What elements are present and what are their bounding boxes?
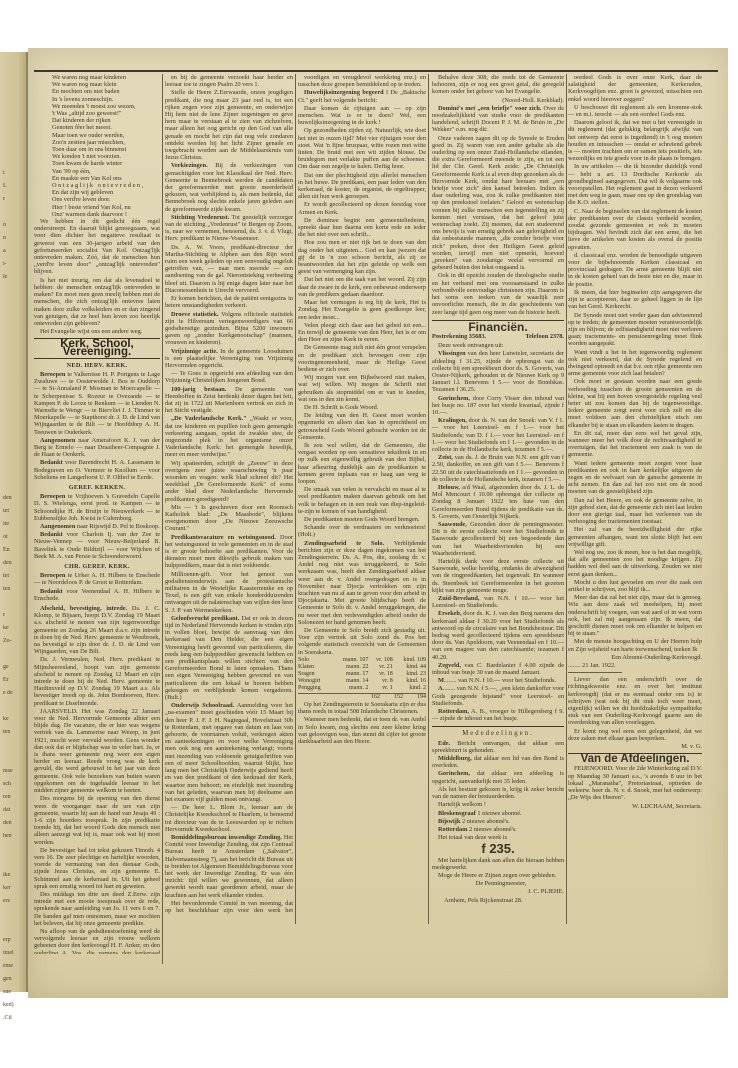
paragraph: De H. Schrift is Gods Woord. [298,404,426,411]
table-cell: kind. 44 [393,664,426,671]
paragraph: Er komen berichten, dat de patiënt eenig… [165,295,293,309]
adjacent-page-text: ked) [3,1002,23,1009]
paragraph: De Gemeente te Solo breidt zich gestadig… [298,627,426,656]
keyword: Bedankt [40,588,63,595]
keyword: Zeist, [438,454,453,461]
keyword: M [438,677,444,684]
announcement: Als het bestuur gekozen is, krijg ik zek… [432,786,564,800]
domines-article: Dominé's met „een briefje" voor zich. Ov… [432,105,564,316]
adjacent-page-text: ke [3,625,23,632]
subheading-ned-herv: NED. HERV. KERK. [34,362,160,369]
paragraph: Wij spatieerden, schrijft de „Zeeuw" in … [165,460,293,503]
adjacent-page-text: dat [3,807,23,814]
paragraph: Schande over de verdraaiers en verknoeie… [298,524,426,538]
table-cell: vr. 21 [368,664,392,671]
adjacent-page-text: ot [3,534,23,541]
paragraph: C. Naar de beginselen van dat reglement … [568,208,702,251]
paragraph: Ds. J. Vermeulen, Ned. Herv. predikant t… [34,656,160,706]
adjacent-page-text: eme [3,963,23,970]
keyword: Predikantsvacature en wetsingsnood. [171,534,276,541]
paragraph: Na afloop van de godsdienstoefening werd… [34,928,160,954]
donation-entry: A........ van N.N. f 5.—, „een klein dan… [432,685,564,707]
keyword: Ede. [438,740,450,747]
column-rule [428,74,429,924]
poem-line: We konden 't niet voorzien. [52,153,160,160]
column-4: Behalve deze 308, die reeds tot de Gemee… [432,74,564,904]
postrekening: Postrekening 35683. [432,333,486,340]
table-cell: mann. 2 [331,685,368,692]
paragraph: Ook moet er gestaan worden naar een goed… [568,378,702,428]
paragraph: We hebben in dit gedicht één regel onder… [34,218,160,276]
paragraph: In uw artikelen — die ik bizonder duidel… [568,163,702,206]
paragraph: Daar komen de rijtuigen aan — op zijn me… [298,105,426,127]
keyword: Beroepen [40,371,65,378]
announcement: Hartelijk welkom ! [432,801,564,808]
keyword: Middelburg, [438,755,472,762]
poem-line: En maakte een Van Kol ons [52,175,160,182]
table-row: Solomann. 107vr. 108kind. 109 [298,657,426,664]
afdeelingen-text: FEIJENOORD. Voor de 2de Winterlezing zal… [568,765,702,801]
total-value: 152 [394,694,403,701]
donation-entry: M........ van N.N. f 10.— voor het Studi… [432,677,564,684]
treasurer-address: Arnhem, Pels Rijckenstraat 28. [432,897,564,904]
paragraph: d. classicaal enz. worden de benoodigde … [568,252,702,288]
keyword: Saawoude, [438,521,467,528]
church-appointment: Beroepen te Vrijhoeven 's Gravedeln Cape… [34,493,160,522]
donation-entry: Zuid-Beveland, van N.N. f 10.— voor het … [432,595,564,609]
church-news: en bij de gemeente verzoekt haar herder … [165,74,293,914]
announcement: Bijswijk 2 nieuwe abonné's. [432,818,564,825]
announcement: Middelburg, dat aldaar een lid van den B… [432,755,564,769]
donation-entry: Ersekeb, door ds. K. J. van den Berg nam… [432,610,564,660]
paragraph: En dit zal, meer dan eens wel het geval … [568,430,702,459]
editor-note: Liever dan een onderschrift over de rich… [568,676,702,742]
table-cell: vr. 1 [368,685,392,692]
poem-line: Genoten fêer het meest. [52,124,160,131]
adjacent-page-text: n [3,235,23,242]
paragraph: Met hartelijken dank aan allen die hiera… [432,857,564,871]
paragraph: Daarom geloof ik, dat we met u het veree… [568,119,702,162]
keyword: Bedankt [40,459,63,466]
paragraph: — De heer L. Blom Jr., leeraar aan de Ch… [165,804,293,833]
adjacent-page-text: sch [3,781,23,788]
keyword: Bijswijk [438,818,460,825]
poem-line: Onz' warmen dank daarvoor ! [52,211,160,218]
paragraph: Wanneer men bedenkt, dat er toen dr. van… [298,716,426,745]
column-1: We waren nog maar kinderenWe waren nog m… [34,74,160,954]
keyword: „De Vaderlandsche Kerk." [171,415,247,422]
paragraph: Het zal van de bereidwilligheid der rijk… [568,526,702,548]
intro-article: We hebben in dit gedicht één regel onder… [34,218,160,335]
source-signature: (Noord-Holl. Kerkblad). [432,97,564,104]
adjacent-page-text: r [3,612,23,619]
table-cell: kind. 109 [393,657,426,664]
table-row: Klatenmann. 22vr. 21kind. 44 [298,664,426,671]
adjacent-page-text: i- [3,261,23,268]
adjacent-page-text: ite [3,521,23,528]
paragraph: Dat het niet om die taak van het woord. … [298,276,426,298]
paragraph: Ds. A. W. Voors, predikant-directeur der… [165,244,293,294]
poem-line: Toen daar om in ons binnenst [52,146,160,153]
paragraph: Stichting Vredenrust. Tot geestelijk ver… [165,214,293,243]
keyword: Beroepen [40,493,65,500]
paragraph: en bij de gemeente verzoekt haar herder … [165,74,293,88]
poem-line: En dat zijn wij gebleven [52,189,160,196]
paragraph: Er komt nog wel eens een gelegenheid, da… [568,728,702,742]
keyword: Beroepen [40,572,65,579]
poem-line: Ons verd're leven door. [52,196,160,203]
adjacent-page-text: ike [3,872,23,879]
poem-line: Van '90 op één, [52,168,160,175]
column-rule [566,74,567,924]
paragraph: Dominé's met „een briefje" voor zich. Ov… [432,105,564,134]
adjacent-page-text: e de [3,690,23,697]
keyword: Bemiddelingsbureau inwendige Zending. [171,834,282,841]
adjacent-page-text: den [3,560,23,567]
paragraph: Meer dan dat zal het niet zijn, maar dat… [568,594,702,637]
table-row: Wonogirimann. 14vr. 8kind. 16 [298,678,426,685]
church-appointment: Bedankt voor Charlois Ij. van der Zee te… [34,531,160,560]
adjacent-page-text: le [3,274,23,281]
afscheid-articles: Afscheid, bevestiging, intrede. Ds. J. C… [34,605,160,954]
adjacent-page-text: tet [3,508,23,515]
paragraph: Want vindt u het in het tegenwoordig reg… [568,349,702,378]
paragraph: De Gemeente mag zich niet één groot vers… [298,344,426,373]
keyword: Rotterdam, [438,708,469,715]
paragraph: Des morgens bij de opening van den diens… [34,795,160,845]
financien-intro: Deze week ontvangen uit: [432,342,564,349]
announcement: Gorinchem, dat aldaar een afdeeling is o… [432,770,564,784]
paragraph: Op het Zendingsterrein te Soerakarta zij… [298,701,426,715]
keyword: Huwelijksinzegening begeerd ! [304,89,388,96]
paragraph: Met de meeste hoogachting en U der Heere… [568,638,702,652]
table-cell: Wonogiri [298,678,331,685]
afdeelingen-signature: W. LIJCHAAM, Secretaris. [568,803,702,810]
donation-entry: Kralingen, door ds. N. van der Snoek: va… [432,417,564,453]
paragraph: Onze vaderen zagen dit op de Synode te E… [432,135,564,272]
table-row: Sragenmann. 17vr. 18kind. 23 [298,671,426,678]
divider [568,672,622,673]
paragraph: Afscheid, bevestiging, intrede. Ds. J. C… [34,605,160,655]
paragraph: Millioenen-gift. Voor het genoot van god… [165,571,293,614]
keyword: Bedankt [40,531,63,538]
table-cell: vr. 8 [368,678,392,685]
paragraph: Bemiddelingsbureau inwendige Zending. He… [165,834,293,899]
paragraph: Velen pleegt zich daar aan het gebed tot… [298,322,426,344]
keyword: Aangenomen [40,437,75,444]
treasurer-name: J. C. PLIEHE. [432,888,564,895]
adjacent-page-text: ren [3,794,23,801]
keyword: Stichting Vredenrust. [171,214,229,221]
keyword: Kralingen, [438,417,467,424]
adjacent-page-text: ker [3,885,23,892]
subheading-geref: GEREF. KERKEN. [34,484,160,491]
paragraph: JAARSVELD. Het was Zondag 22 Januari voo… [34,708,160,794]
paragraph: Mis — 't Is geschreven door een Roomsch … [165,504,293,533]
mission-conclusion: Op het Zendingsterrein te Soerakarta zij… [298,701,426,745]
paragraph: Er wordt gecollecteerd op dezen feestdag… [298,201,426,215]
poem-line: Zoo'n zestien jaar misschien, [52,139,160,146]
table-cell: mann. 14 [331,678,368,685]
paragraph: Moge de Heere er Zijnen zegen over gebie… [432,872,564,879]
column-2: en bij de gemeente verzoekt haar herder … [165,74,293,914]
poem-line: In 's levens zonneschijn. [52,96,160,103]
table-cell: Pengging [298,685,331,692]
paragraph: De predikanten moeten Gods Woord brengen… [298,516,426,523]
keyword: Dominé's met „een briefje" voor zich. [438,105,541,112]
paragraph: Verkiezingen. Bij de verkiezingen van ge… [165,162,293,212]
announcement: Ede. Bericht ontvangen, dat aldaar een s… [432,740,564,754]
keyword: Zegveld, [438,662,461,669]
ned-herv-list: Beroepen te Valkenisse H. P. Portgens te… [34,371,160,481]
financien-list: Vlissingen van den heer Lutwieler, secre… [432,350,564,722]
table-cell: kind. 16 [393,678,426,685]
adjacent-page-text: Er [3,677,23,684]
paragraph: Maar het vermogen is erg bij de kerk, He… [298,299,426,321]
mission-summary: Behalve deze 308, die reeds tot de Gemee… [432,74,564,96]
church-appointment: Beroepen te Valkenisse H. P. Portgens te… [34,371,160,436]
table-cell: kind. 23 [393,671,426,678]
adjacent-page-text: hen [3,833,23,840]
adjacent-page-text: En [3,547,23,554]
adjacent-page-text: Zo- [3,638,23,645]
keyword: Gorinchem, [438,770,470,777]
keyword: Afscheid, bevestiging, intrede. [40,605,127,612]
adjacent-page-text: .Cil [3,1015,23,1022]
paragraph: Is het niet treurig, om dat als levensdo… [34,277,160,327]
adjacent-page-text: imel [3,950,23,957]
financien-meta: Postrekening 35683. Telefoon 2378. [432,333,564,340]
letter-date: ........ 21 Jan. 1922. [568,662,702,669]
paragraph: 100-jarig bestaan. De gemeente van Heenh… [165,386,293,415]
adjacent-page-text: gen [3,976,23,983]
poem-line: En mochten om niet baden [52,88,160,95]
chr-geref-list: Beroepen te Urker A. H. Hilbers te Ensch… [34,572,160,602]
adjacent-page-text: tet [3,573,23,580]
letter-signature: Een Abonné-Ouderling-Kerkvoogd. [568,654,702,661]
editor-signature: M. v. G. [568,743,702,750]
paragraph: Het bevorderende Comité in van meening, … [165,900,293,914]
adjacent-page-text: erp [3,937,23,944]
paragraph: Wel nog uw, zoo ik meen, hoe is het dan … [568,549,702,578]
paragraph: Dan zal het Heere, en ook de gemeente ze… [568,497,702,526]
treasurer-title: De Penningmeester, [432,880,564,887]
paragraph: Behalve deze 308, die reeds tot de Gemee… [432,74,564,96]
adjacent-page-edge: tLrnnai-ledentetiteotEndentettenrkeZo-ge… [0,52,28,992]
paragraph: Geloofsvrucht predikant. Dat er ook in d… [165,615,293,701]
church-appointment: Aangenomen naar Rijswijd D. Pel te Bosko… [34,523,160,530]
poem-line: Ontzaglijk ontevreden, [52,182,160,189]
adjacent-page-text: den [3,820,23,827]
table-cell: mann. 107 [331,657,368,664]
table-row: Penggingmann. 2vr. 1kind. 2 [298,685,426,692]
closing-text: Met hartelijken dank aan allen die hiera… [432,857,564,880]
adjacent-page-text: n [3,222,23,229]
table-cell: Sragen [298,671,331,678]
adjacent-page-text: ke [3,716,23,723]
paragraph: De smaak van velen is vervalscht en maar… [298,486,426,515]
paragraph: Huwelijksinzegening begeerd ! De „Baktsc… [298,89,426,103]
paragraph: oordeel Gods is over onze Kerk, daar de … [568,74,702,103]
column-3: voordigen en vreugdevol werkkring enz.) … [298,74,426,914]
adjacent-page-text: ers [3,898,23,905]
table-cell: mann. 22 [331,664,368,671]
mededeelingen-list: Ede. Bericht ontvangen, dat aldaar een s… [432,740,564,842]
mission-statistics-table: Solomann. 107vr. 108kind. 109Klatenmann.… [298,657,426,692]
section-title-kerk-school: Kerk, School, Vereeniging. [34,338,160,358]
paragraph: voordigen en vreugdevol werkkring enz.) … [298,74,426,88]
table-cell: mann. 17 [331,671,368,678]
total-value: 162 [371,694,380,701]
church-appointment: Aangenomen naar Amerafoort K. J. van der… [34,437,160,459]
keyword: A [438,685,443,692]
paragraph: Droeve statistiek. Volgens officieele st… [165,311,293,347]
table-cell: vr. 108 [368,657,392,664]
paragraph: Want iedere gemeente moet zorgen voor ha… [568,460,702,496]
church-appointment: Bedankt voor Barendrecht H. A. Lassmann … [34,459,160,481]
table-cell: Solo [298,657,331,664]
paragraph: Vrijzinnige actie. In de gemeente Loosdu… [165,348,293,370]
paragraph: Liever dan een onderschrift over de rich… [568,676,702,726]
church-news-continued: voordigen en vreugdevol werkkring enz.) … [298,74,426,656]
statistics-totals: 162152194 [298,693,426,701]
paragraph: De Synode moet niet verder gaan dan advi… [568,312,702,348]
paragraph: Ik meen, dat hier beginselen zijn aangeg… [568,289,702,311]
paragraph: Op gezondheden zijden zij. Natuurlijk, w… [298,127,426,170]
donation-entry: Gorinchem, door Corry Visser den inhoud … [432,395,564,417]
poem-line: Maar toen we ouder werden, [52,132,160,139]
keyword: Zuid-Beveland, [438,595,479,602]
paragraph: De dominee begint een gemeenteliederen, … [298,217,426,239]
keyword: Verkiezingen. [171,162,208,169]
column-rule [295,74,296,924]
adjacent-page-text: L [3,183,23,190]
adjacent-page-text: a [3,248,23,255]
poem-line: Hier ! beste vriend Van Kol, nu [52,204,160,211]
keyword: Geloofsvrucht predikant. [171,615,239,622]
header-rule [34,70,718,72]
newspaper-page: We waren nog maar kinderenWe waren nog m… [28,48,728,998]
adjacent-page-text: r [3,196,23,203]
mededeelingen-title: Mededeelingen. [432,726,564,737]
paragraph: Stelle de Heere Z.Eerwaarde, onzen jeugd… [165,89,293,161]
keyword: Droeve statistiek. [171,311,219,318]
adjacent-page-text: ten [3,729,23,736]
poem-line: We waren nog maar klein [52,81,160,88]
paragraph: Hoe zou men er niet rijk het te doen van… [298,239,426,275]
keyword: Aangenomen [40,523,75,530]
keyword: Helouw, [438,484,460,491]
table-cell: vr. 18 [368,671,392,678]
keyword: Zendingsarbeid te Solo. [304,540,384,547]
column-rule [162,74,163,964]
column-5: oordeel Gods is over onze Kerk, daar de … [568,74,702,934]
adjacent-page-text: mse [3,768,23,775]
poem-line: Toen kwam de harde winter [52,160,160,167]
paragraph: „De Vaderlandsche Kerk." „Waakt er voor,… [165,415,293,458]
keyword: Rotterdam [438,826,467,833]
paragraph: De bevestiger had tot tekst gekozen Timo… [34,847,160,890]
adjacent-page-text: ten [3,586,23,593]
table-cell: kind. 2 [393,685,426,692]
keyword: Vlissingen [438,350,466,357]
telefoon: Telefoon 2378. [525,333,564,340]
paragraph: U beschouwt dit reglement als een kromme… [568,104,702,118]
announcement: Bleskensgraaf 1 nieuwe abonné. [432,810,564,817]
paragraph: Het Evangelie wijst ons een andere weg. [34,328,160,335]
subheading-chr-geref: CHR. GEREF. KERK. [34,563,160,570]
poem-line: We waren nog maar kinderen [52,74,160,81]
keyword: Gorinchem, [438,395,470,402]
paragraph: Ik zou wel willen, dat de Gemeentes, die… [298,442,426,485]
church-appointment: Beroepen te Urker A. H. Hilbers te Ensch… [34,572,160,586]
poem-line: Dat kinderen der rijken [52,117,160,124]
adjacent-page-text: den [3,495,23,502]
adjacent-page-text: sue [3,989,23,996]
church-appointment: Bedankt voor Veenendaal A. H. Hilbers te… [34,588,160,602]
keyword: Bleskensgraaf [438,810,476,817]
total-value: 194 [417,694,426,701]
geref-list: Beroepen te Vrijhoeven 's Gravedeln Cape… [34,493,160,560]
keyword: Vrijzinnige actie. [171,348,218,355]
keyword: Ersekeb, [438,610,462,617]
keyword: Onderwijs Schoolraad. [171,702,234,709]
donation-entry: Zegveld, van C. Bardelanier f 4.00 zijnd… [432,662,564,676]
paragraph: Wij mogen van een Bijbelwoord niet maken… [298,374,426,403]
donation-entry: Saawoude, Gezonden door de penningmeeste… [432,521,564,557]
donation-entry: Rotterdam, A. B., vroeger te Hillegersbe… [432,708,564,722]
paragraph: Ook in dit opzicht zouden de theologisch… [432,272,564,315]
paragraph: De leiding van den H. Geest moet worden … [298,412,426,441]
keyword: 100-jarig bestaan. [171,386,226,393]
donation-entry: Vlissingen van den heer Lutwieler, secre… [432,350,564,393]
weekly-total: f 235. [432,845,564,852]
paragraph: Dat om der plechtigheid zijn allerlei me… [298,172,426,201]
donation-entry: Zeist, van ds. J. de Bruin van N.N. een … [432,454,564,483]
paragraph: Des middags ten drie ure deed Z.Eerw. zi… [34,891,160,927]
financien-title: Financiën. [432,320,564,331]
adjacent-page-text: ge [3,664,23,671]
poem-line: We meenden 't moest zoo wezen, [52,103,160,110]
afdeelingen-title: Van de Afdeelingen. [568,753,702,763]
donation-entry: Hartelijk dank voor deze eerste collecte… [432,558,564,594]
poem: We waren nog maar kinderenWe waren nog m… [52,74,160,218]
announcement: Het totaal van deze week is [432,834,564,841]
paragraph: Onderwijs Schoolraad. Aanmelding voor he… [165,702,293,803]
adjacent-page-text: t [3,170,23,177]
paragraph: Predikantsvacature en wetsingsnood. Door… [165,534,293,570]
paragraph: Zendingsarbeid te Solo. Verblijdende ber… [298,540,426,626]
table-cell: Klaten [298,664,331,671]
donation-entry: Helouw, a/d Waal, afgezonden door ds. J.… [432,484,564,520]
poem-line: 't Was „altijd zoo geweest!" [52,110,160,117]
paragraph: Mocht u den lust gevoelen om over die za… [568,579,702,593]
ingezonden-continued: oordeel Gods is over onze Kerk, daar de … [568,74,702,653]
announcement: Rotterdam 2 nieuwe abonné's. [432,826,564,833]
paragraph: — Te Goes is opgericht een afdeeling van… [165,370,293,384]
